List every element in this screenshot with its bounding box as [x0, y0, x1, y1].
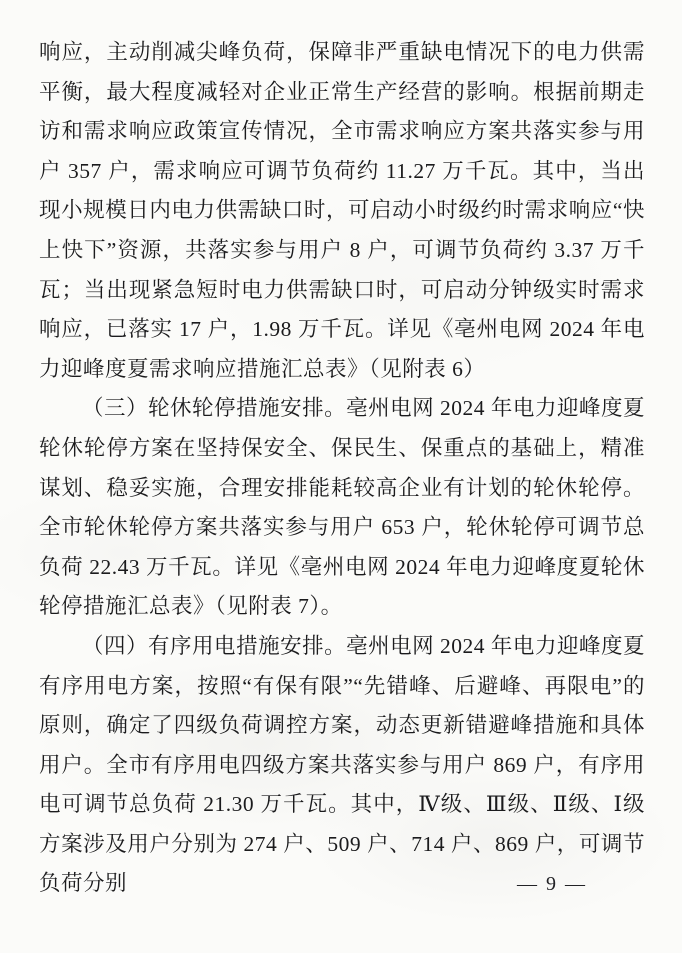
paragraph-rotation-shutdown: （三）轮休轮停措施安排。亳州电网 2024 年电力迎峰度夏轮休轮停方案在坚持保安…: [39, 389, 645, 627]
paragraph-orderly-power-use: （四）有序用电措施安排。亳州电网 2024 年电力迎峰度夏有序用电方案，按照“有…: [39, 627, 645, 904]
paragraph-demand-response: 响应，主动削减尖峰负荷，保障非严重缺电情况下的电力供需平衡，最大程度减轻对企业正…: [39, 33, 645, 389]
page-number: — 9 —: [517, 873, 587, 896]
document-page: 响应，主动削减尖峰负荷，保障非严重缺电情况下的电力供需平衡，最大程度减轻对企业正…: [0, 0, 682, 904]
